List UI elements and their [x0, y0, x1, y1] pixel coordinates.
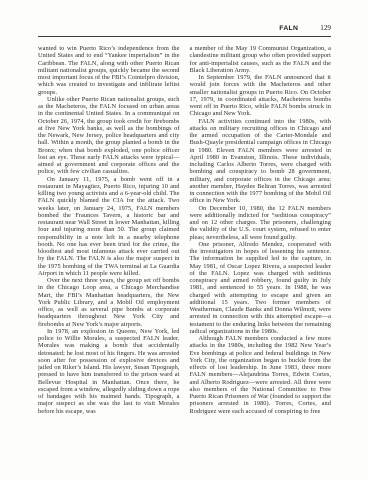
- paragraph: On January 11, 1975, a bomb went off in …: [38, 176, 180, 278]
- paragraph: In September 1979, the FALN announced th…: [190, 74, 332, 118]
- text-column-left: wanted to win Puerto Rico’s independence…: [38, 45, 180, 442]
- header-rule: [38, 36, 331, 37]
- paragraph: In 1978, an explosion in Queens, New Yor…: [38, 328, 180, 415]
- paragraph: a member of the May 19 Communist Organiz…: [190, 45, 332, 74]
- text-column-right: a member of the May 19 Communist Organiz…: [190, 45, 332, 442]
- text-columns: wanted to win Puerto Rico’s independence…: [38, 45, 331, 442]
- paragraph: Although FALN members conducted a few mo…: [190, 335, 332, 415]
- page-number: 129: [320, 24, 331, 32]
- paragraph: Unlike other Puerto Rican nationalist gr…: [38, 96, 180, 176]
- paragraph: wanted to win Puerto Rico’s independence…: [38, 45, 180, 96]
- paragraph: FALN activities continued into the 1980s…: [190, 118, 332, 205]
- book-page: FALN 129 wanted to win Puerto Rico’s ind…: [0, 0, 368, 480]
- paragraph: One prisoner, Alfredo Mendez, cooperated…: [190, 241, 332, 335]
- running-head: FALN 129: [38, 24, 331, 32]
- paragraph: Over the next three years, the group set…: [38, 277, 180, 328]
- paragraph: On December 10, 1980, the 12 FALN member…: [190, 205, 332, 241]
- header-title: FALN: [279, 25, 298, 32]
